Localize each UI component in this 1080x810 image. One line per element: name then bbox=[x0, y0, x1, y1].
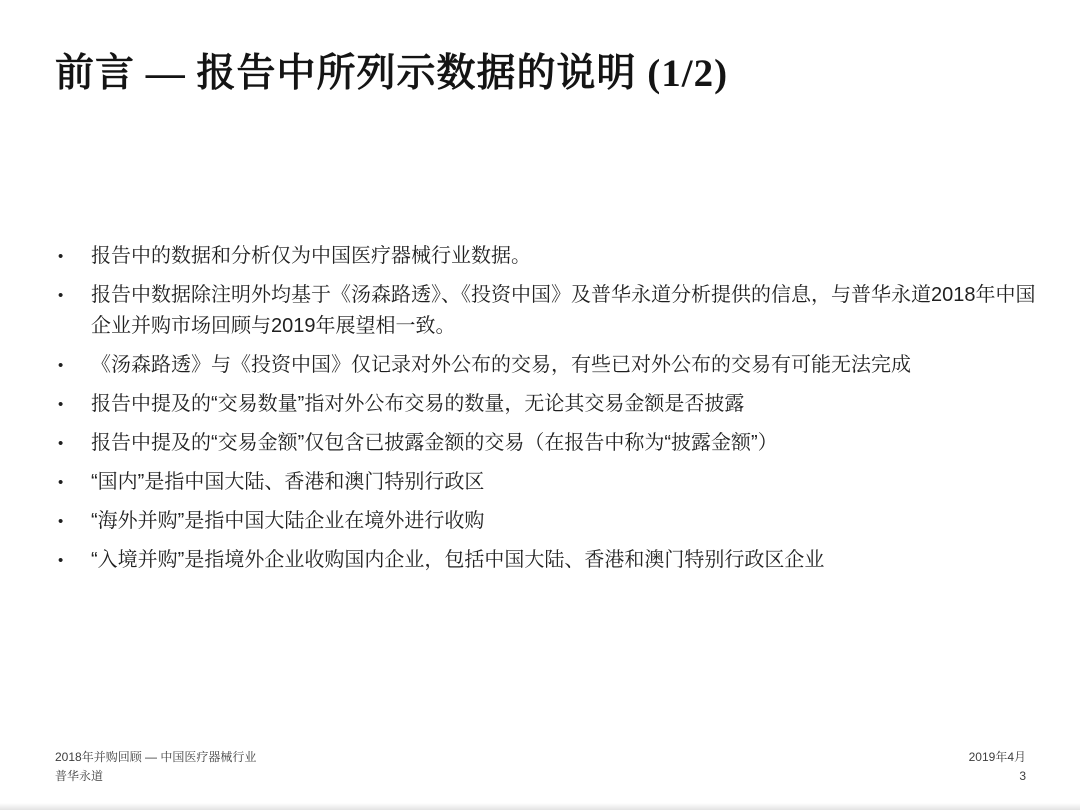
bullet-text: 报告中的数据和分析仅为中国医疗器械行业数据。 bbox=[91, 241, 1038, 272]
bullet-marker-icon: • bbox=[55, 467, 91, 498]
bullet-item: • “海外并购”是指中国大陆企业在境外进行收购 bbox=[55, 506, 1038, 537]
bullet-item: • “国内”是指中国大陆、香港和澳门特别行政区 bbox=[55, 467, 1038, 498]
bullet-item: • 《汤森路透》与《投资中国》仅记录对外公布的交易，有些已对外公布的交易有可能无… bbox=[55, 350, 1038, 381]
bullet-item: • 报告中的数据和分析仅为中国医疗器械行业数据。 bbox=[55, 241, 1038, 272]
footer-left: 2018年并购回顾 — 中国医疗器械行业 普华永道 bbox=[55, 748, 256, 786]
bullet-marker-icon: • bbox=[55, 506, 91, 537]
footer-company-name: 普华永道 bbox=[55, 767, 256, 786]
bullet-text: 报告中数据除注明外均基于《汤森路透》、《投资中国》及普华永道分析提供的信息，与普… bbox=[91, 280, 1038, 342]
bullet-text: 报告中提及的“交易金额”仅包含已披露金额的交易（在报告中称为“披露金额”） bbox=[91, 428, 1038, 459]
bullet-marker-icon: • bbox=[55, 241, 91, 272]
bullet-item: • “入境并购”是指境外企业收购国内企业，包括中国大陆、香港和澳门特别行政区企业 bbox=[55, 545, 1038, 576]
slide: 前言 — 报告中所列示数据的说明 (1/2) • 报告中的数据和分析仅为中国医疗… bbox=[0, 0, 1080, 810]
bottom-edge-shadow bbox=[0, 803, 1080, 810]
bullet-text: 报告中提及的“交易数量”指对外公布交易的数量，无论其交易金额是否披露 bbox=[91, 389, 1038, 420]
footer-right: 2019年4月 3 bbox=[969, 748, 1026, 786]
bullet-text: “海外并购”是指中国大陆企业在境外进行收购 bbox=[91, 506, 1038, 537]
bullet-text: “入境并购”是指境外企业收购国内企业，包括中国大陆、香港和澳门特别行政区企业 bbox=[91, 545, 1038, 576]
bullet-item: • 报告中提及的“交易金额”仅包含已披露金额的交易（在报告中称为“披露金额”） bbox=[55, 428, 1038, 459]
bullet-list: • 报告中的数据和分析仅为中国医疗器械行业数据。 • 报告中数据除注明外均基于《… bbox=[55, 241, 1038, 584]
bullet-item: • 报告中数据除注明外均基于《汤森路透》、《投资中国》及普华永道分析提供的信息，… bbox=[55, 280, 1038, 342]
footer-date: 2019年4月 bbox=[969, 748, 1026, 767]
footer-report-name: 2018年并购回顾 — 中国医疗器械行业 bbox=[55, 748, 256, 767]
bullet-marker-icon: • bbox=[55, 428, 91, 459]
footer-page-number: 3 bbox=[969, 767, 1026, 786]
bullet-marker-icon: • bbox=[55, 389, 91, 420]
bullet-marker-icon: • bbox=[55, 545, 91, 576]
bullet-text: 《汤森路透》与《投资中国》仅记录对外公布的交易，有些已对外公布的交易有可能无法完… bbox=[91, 350, 1038, 381]
bullet-marker-icon: • bbox=[55, 280, 91, 311]
slide-title: 前言 — 报告中所列示数据的说明 (1/2) bbox=[55, 42, 1040, 98]
bullet-text: “国内”是指中国大陆、香港和澳门特别行政区 bbox=[91, 467, 1038, 498]
slide-footer: 2018年并购回顾 — 中国医疗器械行业 普华永道 2019年4月 3 bbox=[55, 748, 1026, 786]
bullet-marker-icon: • bbox=[55, 350, 91, 381]
bullet-item: • 报告中提及的“交易数量”指对外公布交易的数量，无论其交易金额是否披露 bbox=[55, 389, 1038, 420]
